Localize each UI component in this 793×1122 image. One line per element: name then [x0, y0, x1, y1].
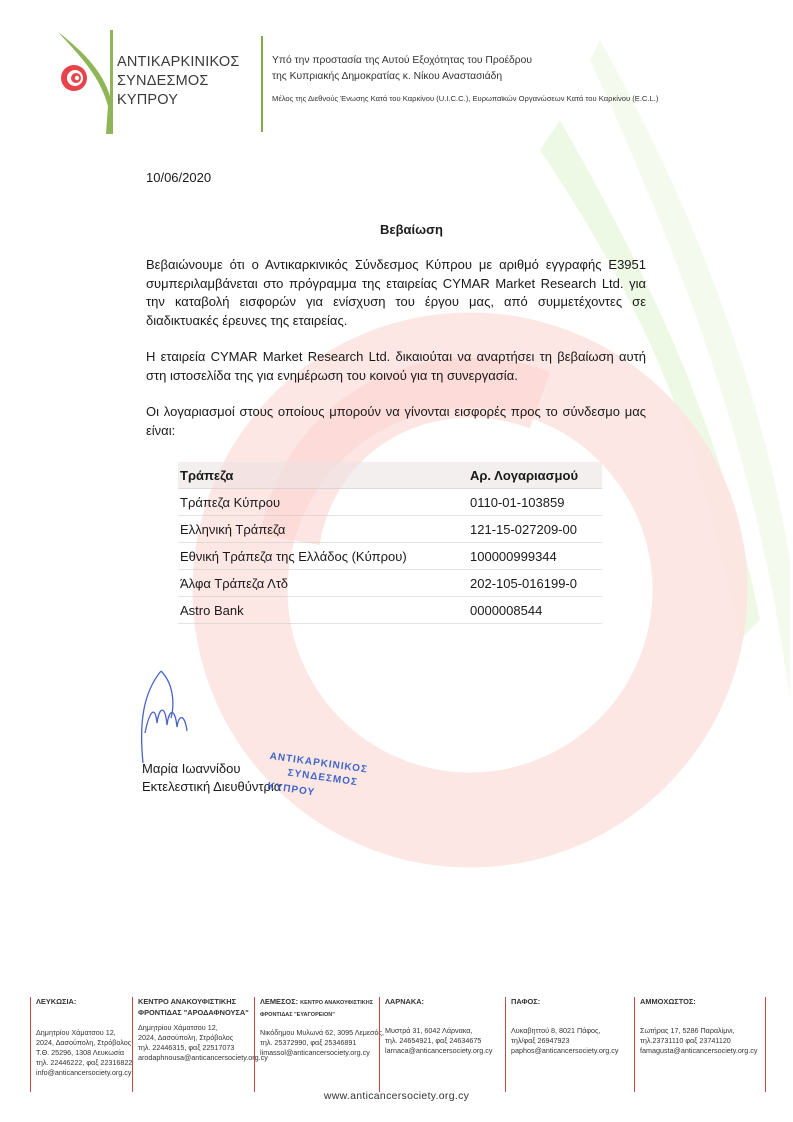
official-stamp: ΑΝΤΙΚΑΡΚΙΝΙΚΟΣ ΣΥΝΔΕΣΜΟΣ ΚΥΠΡΟΥ [250, 744, 429, 847]
office-heading: ΛΕΜΕΣΟΣ: [260, 997, 298, 1006]
org-name-line-2: ΣΥΝΔΕΣΜΟΣ [117, 72, 240, 91]
footer-divider [132, 997, 133, 1092]
paragraph-2: Η εταιρεία CYMAR Market Research Ltd. δι… [146, 348, 646, 385]
office-email: arodaphnousa@anticancersociety.org.cy [138, 1053, 256, 1063]
table-header-row: Τράπεζα Αρ. Λογαριασμού [178, 462, 602, 489]
office-heading: ΚΕΝΤΡΟ ΑΝΑΚΟΥΦΙΣΤΙΚΗΣ ΦΡΟΝΤΙΔΑΣ "ΑΡΟΔΑΦΝ… [138, 997, 250, 1018]
office-line: Δημητρίου Χάματσου 12, [138, 1023, 256, 1033]
office-line: τηλ. 24654921, φαξ 24634675 [385, 1036, 505, 1046]
office-larnaca: ΛΑΡΝΑΚΑ: Μυστρά 31, 6042 Λάρνακα, τηλ. 2… [385, 997, 505, 1093]
office-line: τηλ/φαξ 26947923 [511, 1036, 631, 1046]
table-row: Τράπεζα Κύπρου 0110-01-103859 [178, 489, 602, 516]
account-number: 0000008544 [470, 597, 602, 624]
paragraph-1: Βεβαιώνουμε ότι ο Αντικαρκινικός Σύνδεσμ… [146, 256, 646, 330]
office-line: Σωτήρας 17, 5286 Παραλίμνι, [640, 1026, 770, 1036]
bank-accounts-table: Τράπεζα Αρ. Λογαριασμού Τράπεζα Κύπρου 0… [178, 462, 602, 624]
header-account: Αρ. Λογαριασμού [470, 462, 602, 489]
office-heading: ΑΜΜΟΧΩΣΤΟΣ: [640, 997, 770, 1008]
office-line: Λυκαβηττού 8, 8021 Πάφος, [511, 1026, 631, 1036]
header-bank: Τράπεζα [178, 462, 470, 489]
org-name-line-3: ΚΥΠΡΟΥ [117, 91, 240, 110]
account-number: 0110-01-103859 [470, 489, 602, 516]
account-number: 121-15-027209-00 [470, 516, 602, 543]
office-nicosia: ΛΕΥΚΩΣΙΑ: Δημητρίου Χάματσου 12, 2024, Δ… [36, 997, 136, 1093]
bank-name: Ελληνική Τράπεζα [178, 516, 470, 543]
office-arodafnousa: ΚΕΝΤΡΟ ΑΝΑΚΟΥΦΙΣΤΙΚΗΣ ΦΡΟΝΤΙΔΑΣ "ΑΡΟΔΑΦΝ… [138, 997, 256, 1093]
bank-name: Τράπεζα Κύπρου [178, 489, 470, 516]
office-limassol: ΛΕΜΕΣΟΣ: ΚΕΝΤΡΟ ΑΝΑΚΟΥΦΙΣΤΙΚΗΣ ΦΡΟΝΤΙΔΑΣ… [260, 997, 382, 1093]
header-divider [261, 36, 263, 132]
office-heading: ΛΕΥΚΩΣΙΑ: [36, 997, 136, 1008]
office-email: limassol@anticancersociety.org.cy [260, 1048, 382, 1058]
bank-name: Astro Bank [178, 597, 470, 624]
footer-divider [634, 997, 635, 1092]
office-line: 2024, Δασούπολη, Στρόβολος [36, 1038, 136, 1048]
bank-name: Εθνική Τράπεζα της Ελλάδος (Κύπρου) [178, 543, 470, 570]
org-name-line-1: ΑΝΤΙΚΑΡΚΙΝΙΚΟΣ [117, 53, 240, 72]
organization-name: ΑΝΤΙΚΑΡΚΙΝΙΚΟΣ ΣΥΝΔΕΣΜΟΣ ΚΥΠΡΟΥ [117, 53, 240, 110]
patronage-line-1: Υπό την προστασία της Αυτού Εξοχότητας τ… [272, 53, 658, 69]
paragraph-3: Οι λογαριασμοί στους οποίους μπορούν να … [146, 403, 646, 440]
office-email: larnaca@anticancersociety.org.cy [385, 1046, 505, 1056]
website-link[interactable]: www.anticancersociety.org.cy [0, 1090, 793, 1102]
footer-divider [765, 997, 766, 1092]
table-row: Astro Bank 0000008544 [178, 597, 602, 624]
letter-date: 10/06/2020 [146, 170, 211, 185]
office-line: τηλ. 25372990, φαξ 25346891 [260, 1038, 382, 1048]
footer-offices: ΛΕΥΚΩΣΙΑ: Δημητρίου Χάματσου 12, 2024, Δ… [30, 997, 790, 1097]
office-famagusta: ΑΜΜΟΧΩΣΤΟΣ: Σωτήρας 17, 5286 Παραλίμνι, … [640, 997, 770, 1093]
letter-title: Βεβαίωση [0, 222, 793, 237]
office-heading: ΛΑΡΝΑΚΑ: [385, 997, 505, 1008]
handwritten-signature [133, 663, 193, 773]
footer-divider [505, 997, 506, 1092]
bank-name: Άλφα Τράπεζα Λτδ [178, 570, 470, 597]
header-patronage: Υπό την προστασία της Αυτού Εξοχότητας τ… [272, 53, 658, 103]
office-line: τηλ. 22446222, φαξ 22316822 [36, 1058, 136, 1068]
office-heading: ΠΑΦΟΣ: [511, 997, 631, 1008]
footer-divider [379, 997, 380, 1092]
office-line: Τ.Θ. 25296, 1308 Λευκωσία [36, 1048, 136, 1058]
office-line: Δημητρίου Χάματσου 12, [36, 1028, 136, 1038]
office-line: τηλ.23731110 φαξ 23741120 [640, 1036, 770, 1046]
patronage-line-2: της Κυπριακής Δημοκρατίας κ. Νίκου Αναστ… [272, 69, 658, 85]
stamp-line-3: ΚΥΠΡΟΥ [267, 781, 316, 799]
office-email: famagusta@anticancersociety.org.cy [640, 1046, 770, 1056]
office-line: τηλ. 22446315, φαξ 22517073 [138, 1043, 256, 1053]
table-row: Εθνική Τράπεζα της Ελλάδος (Κύπρου) 1000… [178, 543, 602, 570]
office-line: Μυστρά 31, 6042 Λάρνακα, [385, 1026, 505, 1036]
table-row: Ελληνική Τράπεζα 121-15-027209-00 [178, 516, 602, 543]
office-line: 2024, Δασούπολη, Στρόβολος [138, 1033, 256, 1043]
table-row: Άλφα Τράπεζα Λτδ 202-105-016199-0 [178, 570, 602, 597]
footer-divider [254, 997, 255, 1092]
footer-divider [30, 997, 31, 1092]
account-number: 202-105-016199-0 [470, 570, 602, 597]
membership-line: Μέλος της Διεθνούς Ένωσης Κατά του Καρκί… [272, 94, 658, 103]
office-email: paphos@anticancersociety.org.cy [511, 1046, 631, 1056]
office-line: Νικόδημου Μυλωνά 62, 3095 Λεμεσός, [260, 1028, 382, 1038]
office-email: info@anticancersociety.org.cy [36, 1068, 136, 1078]
account-number: 100000999344 [470, 543, 602, 570]
office-paphos: ΠΑΦΟΣ: Λυκαβηττού 8, 8021 Πάφος, τηλ/φαξ… [511, 997, 631, 1093]
